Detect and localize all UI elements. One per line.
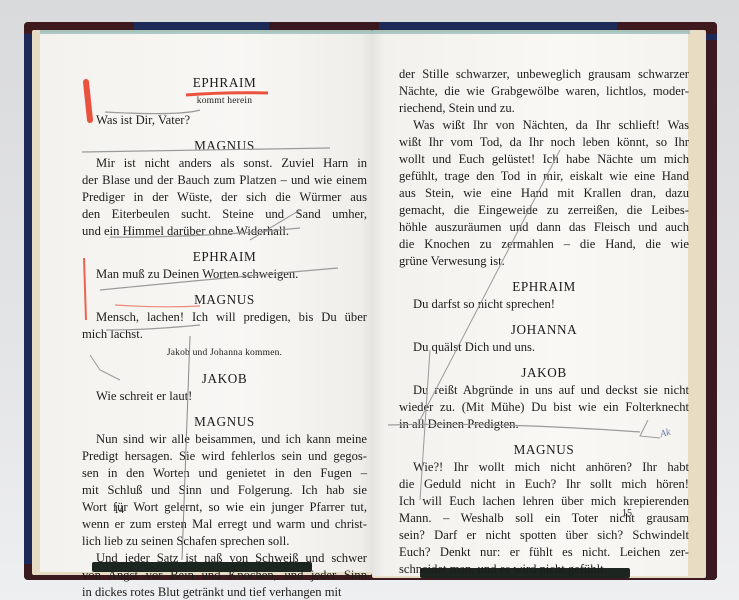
- text-line: höhle auszuräumen und dann das Fleisch u…: [399, 219, 689, 236]
- dialogue-paragraph: Du quälst Dich und uns.: [399, 339, 689, 356]
- text-line: gefühlt, trage den Tod in mir, eiskalt w…: [399, 168, 689, 185]
- text-line: grüne Verwesung ist.: [399, 253, 689, 270]
- text-line: Was ist Dir, Vater?: [82, 112, 367, 129]
- text-line: sen in den Worten und genietet in den Fu…: [82, 465, 367, 482]
- text-line: Predigt hersagen. Sie wird fehlerlos sei…: [82, 448, 367, 465]
- text-line: die Geduld nicht in Euch? Ihr sollt mich…: [399, 476, 689, 493]
- text-line: Wort für Wort gelernt, so wie ein junger…: [82, 499, 367, 516]
- speaker-name: EPHRAIM: [399, 278, 689, 295]
- dialogue-paragraph: Was ist Dir, Vater?: [82, 112, 367, 129]
- speaker-name: JOHANNA: [399, 321, 689, 338]
- left-page-text: EPHRAIMkommt hereinWas ist Dir, Vater?MA…: [82, 66, 367, 600]
- page-number-left: 14: [114, 505, 124, 516]
- text-line: der Stille schwarzer, unbeweglich grausa…: [399, 66, 689, 83]
- text-line: Und jeder Satz ist naß von Schweiß und s…: [82, 550, 367, 567]
- stage-direction: Jakob und Johanna kommen.: [82, 345, 367, 362]
- speaker-name: JAKOB: [82, 370, 367, 387]
- text-line: wieder zu. (Mit Mühe) Du bist wie ein Fo…: [399, 399, 689, 416]
- text-line: Wie?! Ihr wollt mich nicht anhören? Ihr …: [399, 459, 689, 476]
- text-line: Ich will Euch lachen lehren über mich kr…: [399, 493, 689, 510]
- dialogue-paragraph: Was wißt Ihr von Nächten, da Ihr schlief…: [399, 117, 689, 270]
- text-line: mit Schluß und Sinn und Folgerung. Ich h…: [82, 482, 367, 499]
- text-line: Du quälst Dich und uns.: [399, 339, 689, 356]
- text-line: Du reißt Abgründe in uns auf und deckst …: [399, 382, 689, 399]
- speaker-name: MAGNUS: [82, 291, 367, 308]
- text-line: mich lachst.: [82, 326, 367, 343]
- page-number-right: 15: [622, 508, 632, 519]
- text-line: wollt und Euch gelüstet! Ich habe Nächte…: [399, 151, 689, 168]
- text-line: und ein Himmel darüber ohne Widerhall.: [82, 223, 367, 240]
- text-line: Euch? Denkt nur: er fühlt es nicht. Leic…: [399, 544, 689, 561]
- text-line: riechend, Stein und zu.: [399, 100, 689, 117]
- speaker-name: EPHRAIM: [82, 248, 367, 265]
- text-line: Was wißt Ihr von Nächten, da Ihr schlief…: [399, 117, 689, 134]
- text-line: sein? Darf er nicht spotten über sich? S…: [399, 527, 689, 544]
- dialogue-paragraph: Und jeder Satz ist naß von Schweiß und s…: [82, 550, 367, 600]
- text-line: Mir ist nicht anders als sonst. Zuviel H…: [82, 155, 367, 172]
- text-line: wißt Ihr vom Tod, da Ihr noch leben könn…: [399, 134, 689, 151]
- text-line: von Angst vor Bein und Knochen, und jede…: [82, 567, 367, 584]
- text-line: Du darfst so nicht sprechen!: [399, 296, 689, 313]
- text-line: der Blase und der Bauch zum Platzen – un…: [82, 172, 367, 189]
- text-line: lich lieb zu seinen Schafen sprechen sol…: [82, 533, 367, 550]
- open-book: EPHRAIMkommt hereinWas ist Dir, Vater?MA…: [0, 0, 739, 600]
- text-line: Mensch, lachen! Ich will predigen, bis D…: [82, 309, 367, 326]
- speaker-name: JAKOB: [399, 364, 689, 381]
- dialogue-paragraph: Mensch, lachen! Ich will predigen, bis D…: [82, 309, 367, 343]
- speaker-name: EPHRAIM: [82, 74, 367, 91]
- text-line: Prediger in der Wüste, der sich die Würm…: [82, 189, 367, 206]
- speaker-name: MAGNUS: [82, 413, 367, 430]
- dialogue-paragraph: der Stille schwarzer, unbeweglich grausa…: [399, 66, 689, 117]
- dialogue-paragraph: Du darfst so nicht sprechen!: [399, 296, 689, 313]
- speaker-name: MAGNUS: [399, 441, 689, 458]
- dialogue-paragraph: Wie?! Ihr wollt mich nicht anhören? Ihr …: [399, 459, 689, 578]
- text-line: Man muß zu Deinen Worten schweigen.: [82, 266, 367, 283]
- dialogue-paragraph: Wie schreit er laut!: [82, 388, 367, 405]
- speaker-name: MAGNUS: [82, 137, 367, 154]
- text-line: Nun sind wir alle beisammen, und ich kan…: [82, 431, 367, 448]
- dialogue-paragraph: Nun sind wir alle beisammen, und ich kan…: [82, 431, 367, 550]
- text-line: Wie schreit er laut!: [82, 388, 367, 405]
- text-line: in all Deinen Predigten.: [399, 416, 689, 433]
- stage-direction: kommt herein: [82, 93, 367, 110]
- text-line: gemacht, die Eingeweide zu zerreißen, di…: [399, 202, 689, 219]
- dialogue-paragraph: Man muß zu Deinen Worten schweigen.: [82, 266, 367, 283]
- text-line: Mann. – Weshalb soll ein Toter nicht gra…: [399, 510, 689, 527]
- text-line: schneidet man, und es wird nicht gefühlt…: [399, 561, 689, 578]
- text-line: den Eiterbeulen sucht. Steine und Sand u…: [82, 206, 367, 223]
- text-line: die Knochen zu zermahlen – die Hand, die…: [399, 236, 689, 253]
- text-line: aus Stein, wie eine Hand mit Krallen dra…: [399, 185, 689, 202]
- text-line: in dickes rotes Blut getränkt und tief v…: [82, 584, 367, 600]
- text-line: Nächte, die wie Grabgewölbe waren, licht…: [399, 83, 689, 100]
- dialogue-paragraph: Du reißt Abgründe in uns auf und deckst …: [399, 382, 689, 433]
- text-line: wenn er zum ersten Mal erregt und warm u…: [82, 516, 367, 533]
- right-page-text: der Stille schwarzer, unbeweglich grausa…: [399, 66, 689, 578]
- dialogue-paragraph: Mir ist nicht anders als sonst. Zuviel H…: [82, 155, 367, 240]
- page-top-edge: [40, 30, 690, 34]
